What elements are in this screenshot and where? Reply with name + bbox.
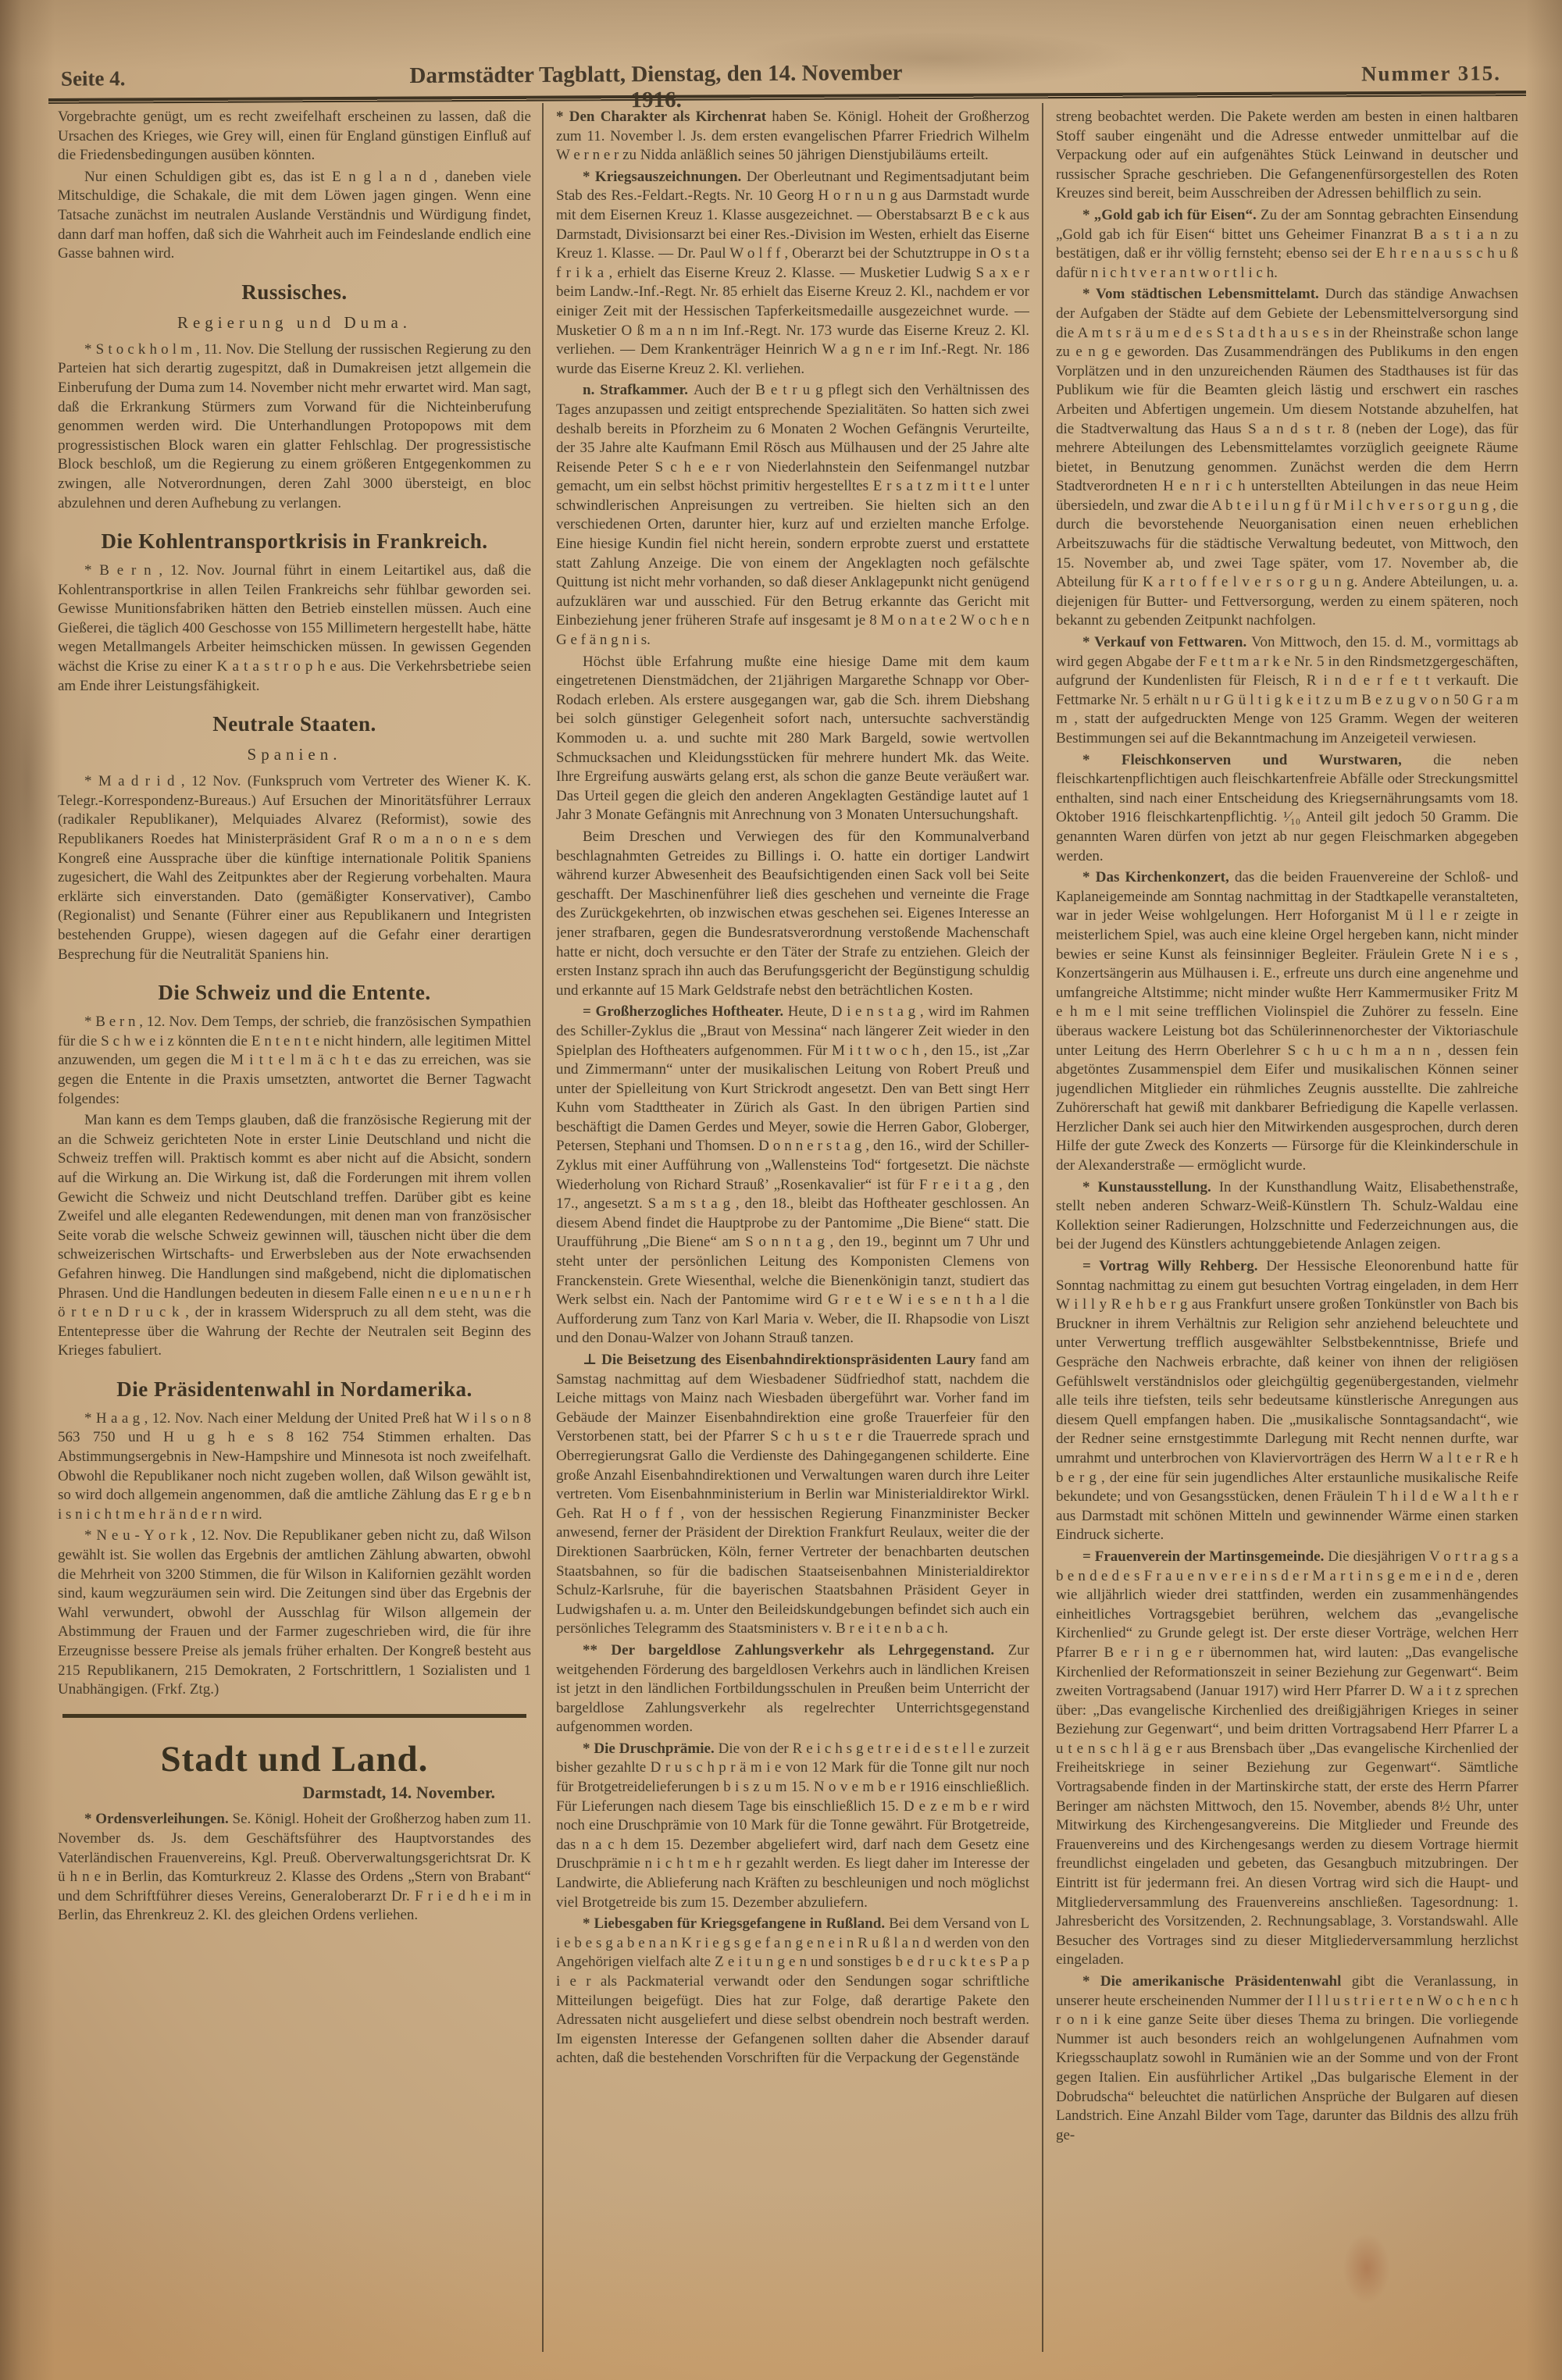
article-paragraph: * Den Charakter als Kirchenrat haben Se.… (556, 108, 1029, 166)
article-paragraph: * Die amerikanische Präsidentenwahl gibt… (1056, 1972, 1518, 2145)
column-1: Vorgebrachte genügt, um es recht zweifel… (58, 108, 531, 2364)
article-paragraph: * M a d r i d , 12 Nov. (Funkspruch vom … (58, 772, 531, 964)
article-headline: Neutrale Staaten. (58, 711, 531, 736)
article-lead: * B e r n , 12. Nov. (84, 562, 233, 579)
article-paragraph: Beim Dreschen und Verwiegen des für den … (556, 828, 1029, 1000)
article-paragraph: = Vortrag Willy Rehberg. Der Hessische E… (1056, 1257, 1518, 1545)
column-separator (1042, 103, 1043, 2352)
article-lead: * N e u - Y o r k , 12. Nov. (84, 1527, 256, 1544)
article-lead: = Großherzogliches Hoftheater. (583, 1003, 788, 1020)
article-paragraph: Höchst üble Erfahrung mußte eine hiesige… (556, 653, 1029, 825)
article-paragraph: * Ordensverleihungen. Se. Königl. Hoheit… (58, 1810, 531, 1926)
issue-number: Nummer 315. (1361, 61, 1501, 86)
article-lead: * „Gold gab ich für Eisen“. (1082, 207, 1261, 223)
article-lead: * Den Charakter als Kirchenrat (556, 109, 772, 125)
article-lead: * Liebesgaben für Kriegsgefangene in Ruß… (583, 1915, 889, 1932)
article-paragraph: * „Gold gab ich für Eisen“. Zu der am So… (1056, 206, 1518, 283)
article-paragraph: Man kann es dem Temps glauben, daß die f… (58, 1111, 531, 1361)
article-lead: * Verkauf von Fettwaren. (1082, 634, 1251, 650)
article-lead: * Fleischkonserven und Wurstwaren, (1082, 752, 1433, 768)
article-lead: ** Der bargeldlose Zahlungsverkehr als L… (583, 1642, 1008, 1659)
article-paragraph: * Fleischkonserven und Wurstwaren, die n… (1056, 751, 1518, 867)
article-paragraph: = Frauenverein der Martinsgemeinde. Die … (1056, 1548, 1518, 1970)
article-lead: = Frauenverein der Martinsgemeinde. (1082, 1548, 1328, 1565)
page-header: Seite 4. Darmstädter Tagblatt, Dienstag,… (55, 56, 1523, 96)
section-divider (62, 1714, 526, 1718)
article-headline: Die Kohlentransportkrisis in Frankreich. (58, 529, 531, 554)
newspaper-page: Seite 4. Darmstädter Tagblatt, Dienstag,… (0, 0, 1562, 2380)
article-lead: * Vom städtischen Lebensmittelamt. (1082, 286, 1325, 302)
article-headline: Die Schweiz und die Entente. (58, 980, 531, 1005)
article-paragraph: * N e u - Y o r k , 12. Nov. Die Republi… (58, 1527, 531, 1699)
article-paragraph: * H a a g , 12. Nov. Nach einer Meldung … (58, 1409, 531, 1525)
dateline: Darmstadt, 14. November. (58, 1783, 531, 1803)
article-subheadline: Spanien. (58, 744, 531, 764)
masthead-title: Darmstädter Tagblatt, Dienstag, den 14. … (383, 60, 929, 115)
article-paragraph: * Die Druschprämie. Die von der R e i c … (556, 1740, 1029, 1912)
article-paragraph: * S t o c k h o l m , 11. Nov. Die Stell… (58, 340, 531, 513)
article-paragraph: n. Strafkammer. Auch der B e t r u g pfl… (556, 381, 1029, 650)
article-headline: Die Präsidentenwahl in Nordamerika. (58, 1377, 531, 1402)
article-paragraph: * B e r n , 12. Nov. Dem Temps, der schr… (58, 1013, 531, 1109)
article-lead: * Kriegsauszeichnungen. (583, 169, 747, 185)
article-paragraph: streng beobachtet werden. Die Pakete wer… (1056, 108, 1518, 204)
article-paragraph: * Verkauf von Fettwaren. Von Mittwoch, d… (1056, 633, 1518, 749)
article-lead: * Ordensverleihungen. (84, 1811, 233, 1827)
article-paragraph: * Vom städtischen Lebensmittelamt. Durch… (1056, 285, 1518, 631)
article-lead: * Die amerikanische Präsidentenwahl (1082, 1973, 1352, 1990)
page-number: Seite 4. (61, 66, 126, 91)
section-title: Stadt und Land. (58, 1738, 531, 1780)
column-3: streng beobachtet werden. Die Pakete wer… (1056, 108, 1518, 2364)
article-lead: * S t o c k h o l m , 11. Nov. (84, 341, 259, 358)
article-lead: n. Strafkammer. (583, 382, 694, 398)
article-lead: ⊥ Die Beisetzung des Eisenbahndirektions… (583, 1352, 980, 1368)
article-paragraph: * Das Kirchenkonzert, das die beiden Fra… (1056, 868, 1518, 1176)
article-lead: * Die Druschprämie. (583, 1740, 719, 1757)
paper-stain (0, 547, 62, 1015)
article-subheadline: Regierung und Duma. (58, 312, 531, 333)
article-lead: * B e r n , 12. Nov. (84, 1014, 201, 1030)
article-lead: = Vortrag Willy Rehberg. (1082, 1258, 1266, 1274)
article-paragraph: = Großherzogliches Hoftheater. Heute, D … (556, 1003, 1029, 1349)
article-paragraph: * Liebesgaben für Kriegsgefangene in Ruß… (556, 1915, 1029, 2068)
article-paragraph: Vorgebrachte genügt, um es recht zweifel… (58, 108, 531, 166)
article-paragraph: * B e r n , 12. Nov. Journal führt in ei… (58, 561, 531, 696)
article-paragraph: Nur einen Schuldigen gibt es, das ist E … (58, 168, 531, 264)
article-lead: * H a a g , 12. Nov. (84, 1410, 208, 1427)
article-paragraph: * Kriegsauszeichnungen. Der Oberleutnant… (556, 168, 1029, 379)
article-paragraph: ⊥ Die Beisetzung des Eisenbahndirektions… (556, 1351, 1029, 1639)
article-paragraph: * Kunstausstellung. In der Kunsthandlung… (1056, 1178, 1518, 1255)
article-lead: * Das Kirchenkonzert, (1082, 869, 1235, 885)
article-lead: * Kunstausstellung. (1082, 1179, 1219, 1195)
column-separator (542, 103, 544, 2352)
article-lead: * M a d r i d , 12 Nov. (84, 773, 248, 789)
article-headline: Russisches. (58, 280, 531, 305)
column-2: * Den Charakter als Kirchenrat haben Se.… (556, 108, 1029, 2364)
article-paragraph: ** Der bargeldlose Zahlungsverkehr als L… (556, 1641, 1029, 1737)
